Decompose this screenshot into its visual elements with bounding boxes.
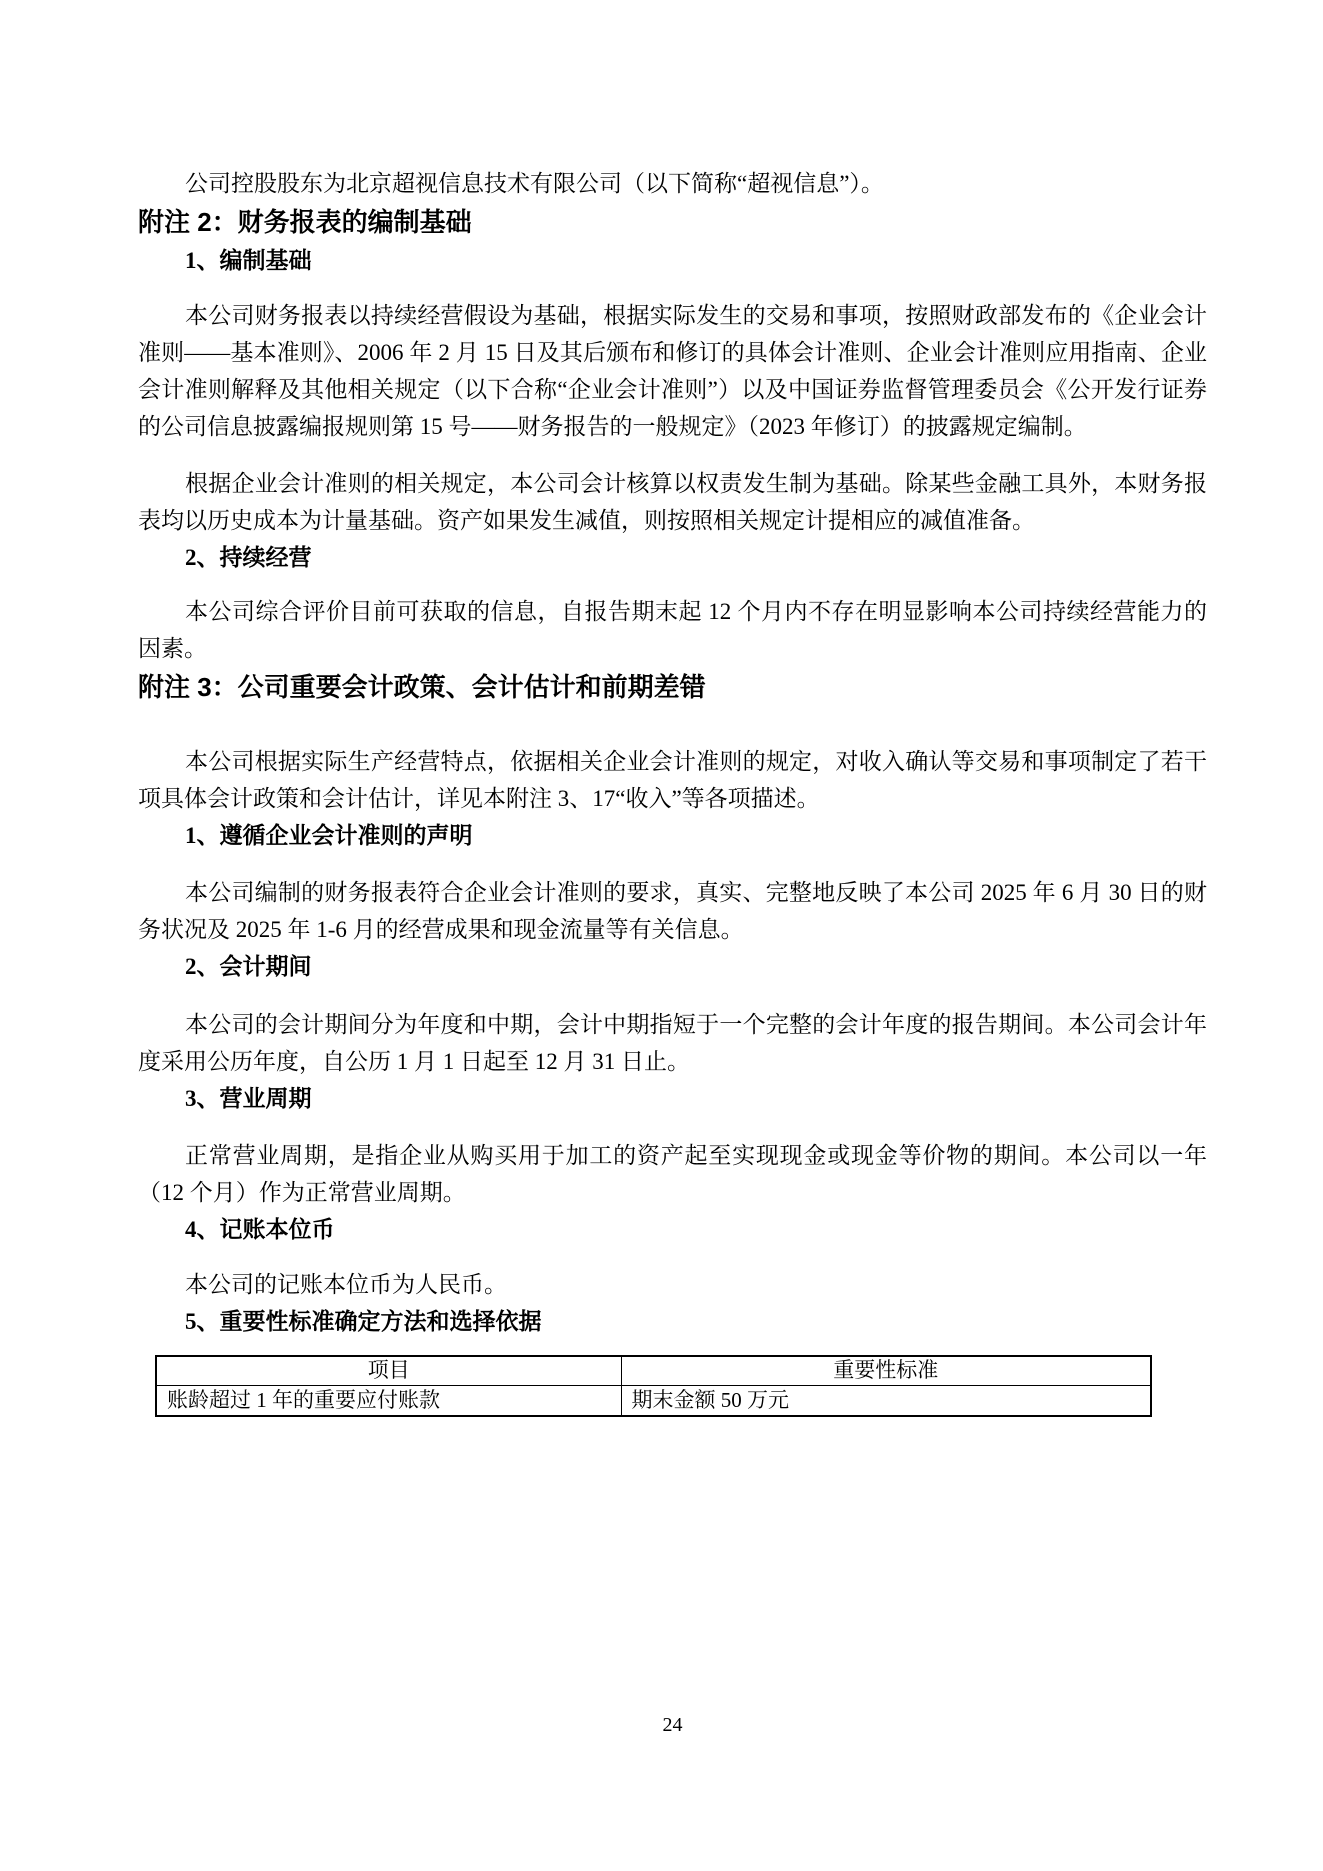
note3-section1-paragraph: 本公司编制的财务报表符合企业会计准则的要求，真实、完整地反映了本公司 2025 …: [138, 874, 1207, 948]
table-cell-criterion: 期末金额 50 万元: [621, 1385, 1151, 1416]
materiality-table: 项目 重要性标准 账龄超过 1 年的重要应付账款 期末金额 50 万元: [155, 1355, 1152, 1417]
note2-section1-paragraph2: 根据企业会计准则的相关规定，本公司会计核算以权责发生制为基础。除某些金融工具外，…: [138, 465, 1207, 539]
table-header-item: 项目: [156, 1356, 621, 1385]
page-number: 24: [138, 1712, 1207, 1738]
note3-section1-heading: 1、遵循企业会计准则的声明: [138, 817, 1207, 854]
note2-section1-paragraph1: 本公司财务报表以持续经营假设为基础，根据实际发生的交易和事项，按照财政部发布的《…: [138, 297, 1207, 445]
table-header-row: 项目 重要性标准: [156, 1356, 1151, 1385]
document-page: 公司控股股东为北京超视信息技术有限公司（以下简称“超视信息”）。 附注 2：财务…: [0, 0, 1323, 1871]
note2-title: 附注 2：财务报表的编制基础: [138, 202, 1207, 242]
intro-paragraph: 公司控股股东为北京超视信息技术有限公司（以下简称“超视信息”）。: [138, 165, 1207, 202]
note3-section4-heading: 4、记账本位币: [138, 1211, 1207, 1248]
table-row: 账龄超过 1 年的重要应付账款 期末金额 50 万元: [156, 1385, 1151, 1416]
note2-section2-paragraph1: 本公司综合评价目前可获取的信息，自报告期末起 12 个月内不存在明显影响本公司持…: [138, 593, 1207, 667]
note3-section2-paragraph: 本公司的会计期间分为年度和中期，会计中期指短于一个完整的会计年度的报告期间。本公…: [138, 1006, 1207, 1080]
note3-section4-paragraph: 本公司的记账本位币为人民币。: [138, 1266, 1207, 1303]
note2-section2-heading: 2、持续经营: [138, 539, 1207, 576]
note2-section1-heading: 1、编制基础: [138, 242, 1207, 279]
note3-section3-heading: 3、营业周期: [138, 1080, 1207, 1117]
note3-section5-heading: 5、重要性标准确定方法和选择依据: [138, 1303, 1207, 1340]
note3-title: 附注 3：公司重要会计政策、会计估计和前期差错: [138, 667, 1207, 707]
note3-section2-heading: 2、会计期间: [138, 948, 1207, 985]
note3-section3-paragraph: 正常营业周期，是指企业从购买用于加工的资产起至实现现金或现金等价物的期间。本公司…: [138, 1137, 1207, 1211]
table-header-criterion: 重要性标准: [621, 1356, 1151, 1385]
table-cell-item: 账龄超过 1 年的重要应付账款: [156, 1385, 621, 1416]
note3-intro-paragraph: 本公司根据实际生产经营特点，依据相关企业会计准则的规定，对收入确认等交易和事项制…: [138, 743, 1207, 817]
